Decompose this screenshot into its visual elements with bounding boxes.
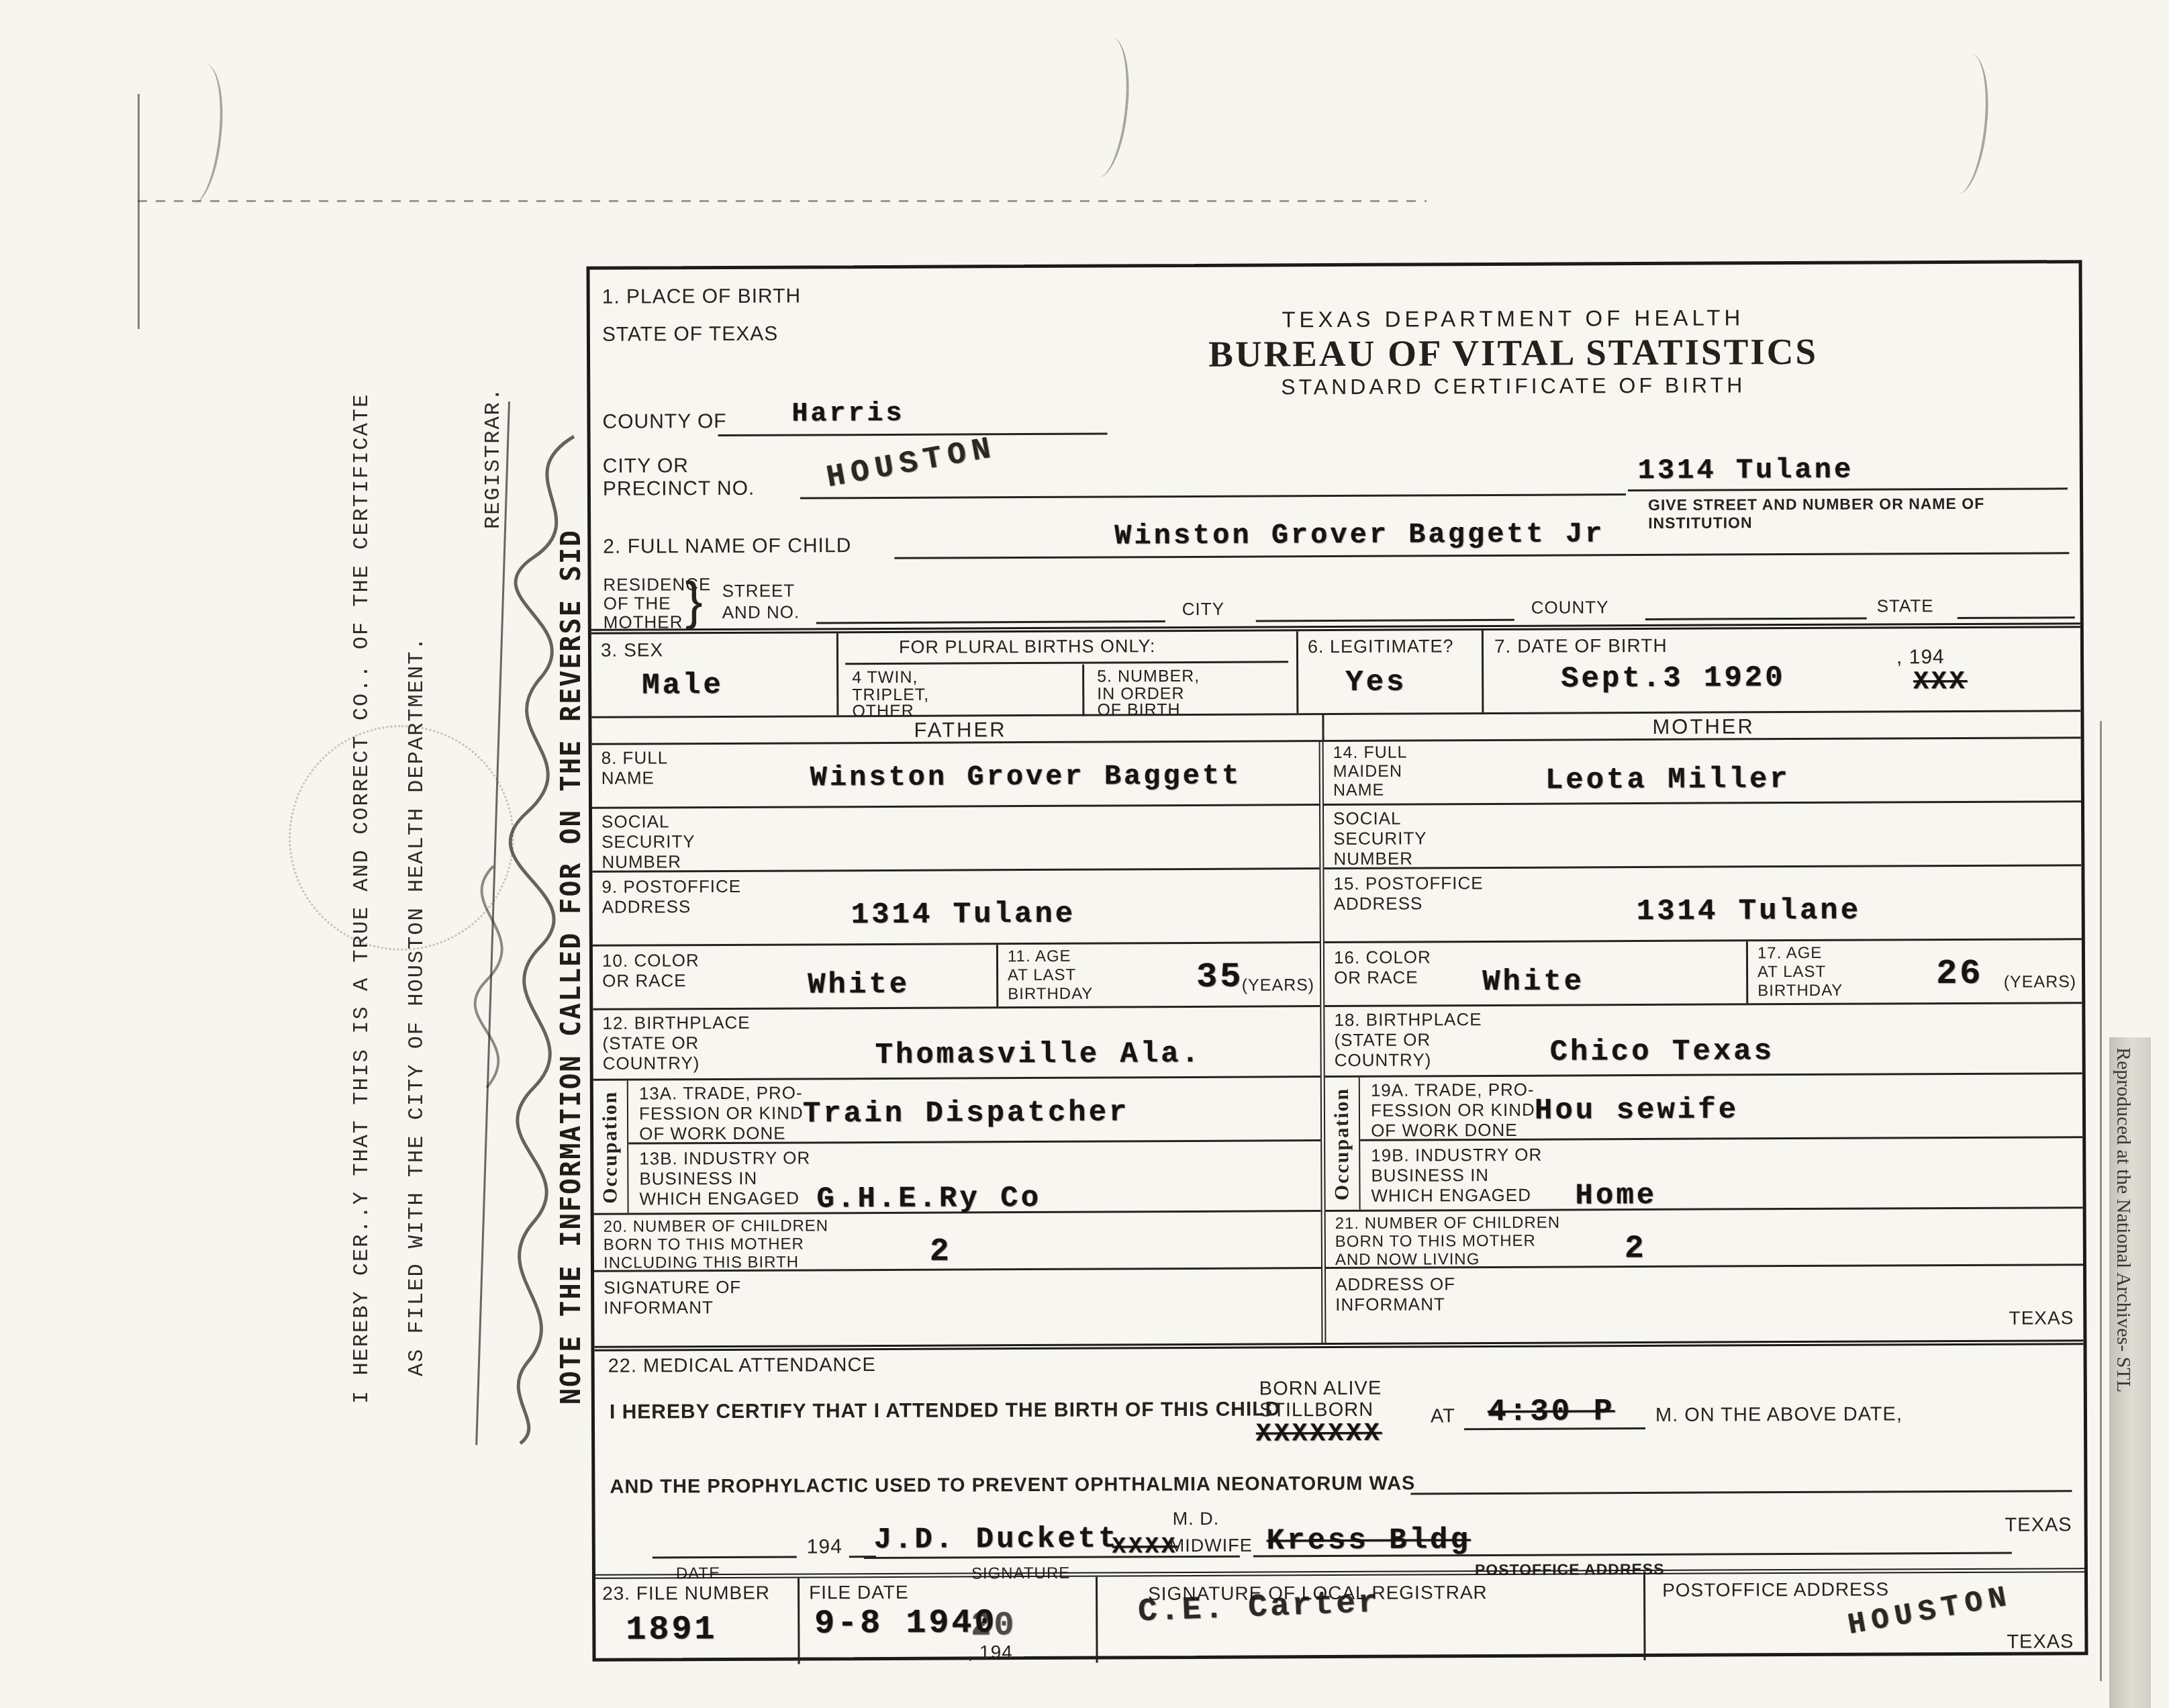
street-label: STREET bbox=[722, 581, 796, 602]
time-of-birth-value: 4:30 P bbox=[1488, 1394, 1615, 1429]
plural-births-cell: FOR PLURAL BIRTHS ONLY: 4 TWIN, TRIPLET,… bbox=[836, 631, 1297, 715]
mother-race-label-1: 16. COLOR bbox=[1334, 947, 1431, 967]
father-race-label-2: OR RACE bbox=[602, 970, 700, 991]
father-po-label-2: ADDRESS bbox=[602, 896, 742, 917]
father-birthplace-label-1: 12. BIRTHPLACE bbox=[602, 1012, 750, 1033]
plural-births-header: FOR PLURAL BIRTHS ONLY: bbox=[899, 636, 1156, 658]
legitimate-value: Yes bbox=[1345, 666, 1406, 700]
father-age-unit: (YEARS) bbox=[1242, 976, 1315, 995]
mother-name-label-3: NAME bbox=[1333, 781, 1408, 800]
child-name-row: 2. FULL NAME OF CHILD Winston Grover Bag… bbox=[591, 510, 2080, 571]
father-occupation-block: Occupation 13A. TRADE, PRO-FESSION OR KI… bbox=[593, 1078, 1321, 1215]
father-ssn-label-1: SOCIAL bbox=[601, 811, 695, 832]
father-name-label-1: 8. FULL bbox=[601, 747, 669, 767]
mother-race-age-cell: 16. COLOROR RACE White 17. AGEAT LASTBIR… bbox=[1324, 940, 2082, 1007]
father-trade-label-3: OF WORK DONE bbox=[639, 1123, 804, 1143]
mother-industry-label-2: BUSINESS IN bbox=[1371, 1165, 1542, 1186]
mother-trade-label-2: FESSION OR KIND bbox=[1371, 1100, 1535, 1121]
child-name-line bbox=[894, 552, 2069, 559]
father-name-value: Winston Grover Baggett bbox=[810, 760, 1242, 794]
county-row: COUNTY OF Harris bbox=[590, 396, 2079, 443]
midwife-label: MIDWIFE bbox=[1169, 1535, 1253, 1557]
street-number-value: 1314 Tulane bbox=[1638, 454, 1853, 487]
stillborn-option: STILLBORN bbox=[1259, 1399, 1373, 1422]
punch-hole bbox=[1075, 35, 1135, 180]
mother-age-subcell: 17. AGEAT LASTBIRTHDAY 26 (YEARS) bbox=[1746, 940, 2082, 1003]
registrar-po-label: POSTOFFICE ADDRESS bbox=[1662, 1578, 1889, 1601]
at-label: AT bbox=[1431, 1405, 1455, 1427]
father-industry-label-3: WHICH ENGAGED bbox=[639, 1188, 810, 1208]
mother-age-label-3: BIRTHDAY bbox=[1757, 982, 1843, 1001]
mother-industry-label-3: WHICH ENGAGED bbox=[1371, 1185, 1542, 1206]
mother-name-label-1: 14. FULL bbox=[1333, 743, 1408, 762]
mother-race-value: White bbox=[1482, 965, 1584, 999]
father-trade-label-1: 13A. TRADE, PRO- bbox=[639, 1082, 804, 1103]
file-date-printed-year: , 194 bbox=[967, 1642, 1012, 1663]
father-ssn-label-3: NUMBER bbox=[601, 851, 695, 872]
attendant-address-value: Kress Bldg bbox=[1267, 1523, 1471, 1558]
parents-block: 8. FULLNAME Winston Grover Baggett SOCIA… bbox=[592, 739, 2084, 1346]
father-header: FATHER bbox=[914, 718, 1006, 743]
medical-attendance-section: 22. MEDICAL ATTENDANCE I HEREBY CERTIFY … bbox=[594, 1339, 2084, 1574]
mother-children-label-1: 21. NUMBER OF CHILDREN bbox=[1335, 1214, 1561, 1233]
registrar-signature-cell: SIGNATURE OF LOCAL REGISTRAR C.E. Carter bbox=[1096, 1574, 1644, 1663]
file-date-label: FILE DATE bbox=[809, 1582, 909, 1604]
father-age-value: 35 bbox=[1196, 957, 1244, 997]
legitimate-label: 6. LEGITIMATE? bbox=[1308, 636, 1454, 657]
father-trade-label-2: FESSION OR KIND bbox=[639, 1102, 804, 1123]
place-of-birth-label: 1. PLACE OF BIRTH bbox=[602, 285, 802, 308]
residence-city-label: CITY bbox=[1182, 599, 1224, 620]
file-date-overstrike: 20 bbox=[971, 1607, 1016, 1645]
vitals-row: 3. SEX Male FOR PLURAL BIRTHS ONLY: 4 TW… bbox=[591, 628, 2081, 718]
mother-po-value: 1314 Tulane bbox=[1637, 894, 1862, 929]
archives-repro-note: Reproduced at the National Archives- STL bbox=[2112, 1047, 2135, 1652]
residence-brace: } bbox=[685, 570, 703, 631]
informant-texas-label: TEXAS bbox=[2009, 1307, 2074, 1329]
informant-signature-cell: SIGNATURE OFINFORMANT bbox=[594, 1269, 1321, 1346]
certificate-form: 1. PLACE OF BIRTH STATE OF TEXAS TEXAS D… bbox=[586, 260, 2088, 1662]
scanned-birth-certificate-page: I HEREBY CER..Y THAT THIS IS A TRUE AND … bbox=[0, 0, 2169, 1708]
plural-subdivider bbox=[1082, 665, 1084, 716]
father-trade-value: Train Dispatcher bbox=[803, 1096, 1130, 1131]
scan-artifact-line bbox=[138, 94, 140, 329]
father-industry-label-2: BUSINESS IN bbox=[639, 1168, 810, 1188]
residence-state-label: STATE bbox=[1877, 596, 1934, 616]
md-label: M. D. bbox=[1173, 1509, 1220, 1529]
mother-trade-value: Hou sewife bbox=[1535, 1093, 1739, 1127]
father-birthplace-cell: 12. BIRTHPLACE(STATE ORCOUNTRY) Thomasvi… bbox=[593, 1007, 1320, 1081]
residence-street-line bbox=[816, 620, 1165, 624]
parent-header-divider bbox=[1322, 715, 1324, 742]
mother-po-label-2: ADDRESS bbox=[1334, 893, 1484, 914]
registrar-po-cell: POSTOFFICE ADDRESS HOUSTON TEXAS bbox=[1643, 1572, 2085, 1660]
file-number-value: 1891 bbox=[626, 1611, 717, 1650]
county-value: Harris bbox=[791, 399, 904, 430]
sex-value: Male bbox=[642, 669, 724, 703]
child-name-value: Winston Grover Baggett Jr bbox=[1114, 518, 1604, 552]
mother-birthplace-value: Chico Texas bbox=[1549, 1035, 1774, 1069]
midwife-strikeout: XXXX bbox=[1112, 1534, 1178, 1560]
city-or-label: CITY OR bbox=[603, 455, 689, 478]
file-number-cell: 23. FILE NUMBER 1891 bbox=[595, 1578, 798, 1665]
residence-city-line bbox=[1256, 619, 1514, 622]
mother-children-cell: 21. NUMBER OF CHILDRENBORN TO THIS MOTHE… bbox=[1326, 1208, 2083, 1269]
attendant-signature-value: J.D. Duckett bbox=[874, 1522, 1119, 1557]
child-name-label: 2. FULL NAME OF CHILD bbox=[603, 534, 851, 559]
mother-po-label-1: 15. POSTOFFICE bbox=[1333, 873, 1483, 894]
bureau-title: BUREAU OF VITAL STATISTICS bbox=[966, 329, 2060, 376]
plural-header-rule bbox=[845, 661, 1288, 665]
father-children-cell: 20. NUMBER OF CHILDRENBORN TO THIS MOTHE… bbox=[594, 1212, 1321, 1272]
date-of-birth-value: Sept.3 1920 bbox=[1561, 661, 1786, 696]
father-birthplace-label-2: (STATE OR bbox=[602, 1033, 750, 1053]
father-postoffice-cell: 9. POSTOFFICEADDRESS 1314 Tulane bbox=[592, 869, 1319, 947]
mother-industry-cell: 19B. INDUSTRY ORBUSINESS INWHICH ENGAGED… bbox=[1360, 1138, 2082, 1210]
mother-race-subcell: 16. COLOROR RACE White bbox=[1324, 941, 1746, 1005]
page-fold-line bbox=[2100, 721, 2102, 1681]
mother-ssn-label-1: SOCIAL bbox=[1333, 808, 1427, 828]
informant-address-label-1: ADDRESS OF bbox=[1335, 1274, 1455, 1294]
informant-signature-label-1: SIGNATURE OF bbox=[604, 1277, 741, 1298]
city-precinct-row: CITY OR PRECINCT NO. HOUSTON 1314 Tulane… bbox=[591, 436, 2080, 517]
residence-row: RESIDENCE OF THE MOTHER } STREET AND NO.… bbox=[591, 564, 2080, 634]
prophylactic-text: AND THE PROPHYLACTIC USED TO PREVENT OPH… bbox=[610, 1472, 1415, 1498]
residence-label-2: OF THE bbox=[604, 593, 671, 614]
mother-ssn-label-3: NUMBER bbox=[1333, 848, 1427, 869]
dob-strikeout: XXX bbox=[1913, 667, 1968, 696]
street-blank-line bbox=[1628, 487, 2068, 491]
mother-children-value: 2 bbox=[1625, 1231, 1647, 1267]
father-name-label-2: NAME bbox=[601, 767, 669, 788]
mother-header: MOTHER bbox=[1652, 714, 1754, 739]
medical-texas-label: TEXAS bbox=[2005, 1514, 2072, 1536]
legitimate-cell: 6. LEGITIMATE? Yes bbox=[1296, 630, 1482, 713]
father-trade-cell: 13A. TRADE, PRO-FESSION OR KINDOF WORK D… bbox=[628, 1078, 1320, 1144]
street-and-no-label: AND NO. bbox=[722, 602, 800, 623]
father-column: 8. FULLNAME Winston Grover Baggett SOCIA… bbox=[592, 742, 1327, 1346]
sex-label: 3. SEX bbox=[601, 639, 663, 661]
informant-address-label-2: INFORMANT bbox=[1335, 1294, 1455, 1315]
certify-attended-text: I HEREBY CERTIFY THAT I ATTENDED THE BIR… bbox=[610, 1398, 1280, 1423]
dob-printed-year: , 194 bbox=[1896, 646, 1945, 669]
scan-artifact-line bbox=[138, 200, 1427, 202]
mother-age-value: 26 bbox=[1936, 954, 1984, 994]
punch-hole bbox=[1934, 52, 1994, 197]
residence-county-line bbox=[1645, 618, 1867, 620]
county-blank-line bbox=[718, 432, 1108, 436]
medical-attendance-label: 22. MEDICAL ATTENDANCE bbox=[608, 1354, 876, 1378]
filing-texas-label: TEXAS bbox=[2007, 1631, 2074, 1653]
mother-industry-label-1: 19B. INDUSTRY OR bbox=[1371, 1145, 1542, 1166]
father-children-label-1: 20. NUMBER OF CHILDREN bbox=[604, 1217, 829, 1235]
mother-birthplace-label-2: (STATE OR bbox=[1334, 1029, 1482, 1050]
father-race-age-cell: 10. COLOROR RACE White 11. AGEAT LASTBIR… bbox=[593, 943, 1320, 1010]
punch-hole bbox=[168, 62, 229, 207]
father-children-value: 2 bbox=[930, 1234, 952, 1270]
born-alive-option: BORN ALIVE bbox=[1259, 1378, 1382, 1401]
father-birthplace-label-3: COUNTRY) bbox=[603, 1053, 751, 1074]
attendant-date-line bbox=[653, 1556, 797, 1559]
mother-ssn-label-2: SECURITY bbox=[1333, 828, 1427, 849]
mother-age-unit: (YEARS) bbox=[2004, 972, 2077, 992]
father-industry-label-1: 13B. INDUSTRY OR bbox=[639, 1147, 810, 1168]
informant-address-cell: ADDRESS OFINFORMANT TEXAS bbox=[1326, 1266, 2083, 1343]
sex-cell: 3. SEX Male bbox=[591, 633, 837, 716]
mother-trade-label-3: OF WORK DONE bbox=[1371, 1120, 1535, 1141]
father-name-cell: 8. FULLNAME Winston Grover Baggett bbox=[592, 742, 1319, 809]
stillborn-strikeout: XXXXXXX bbox=[1256, 1419, 1382, 1449]
father-race-label-1: 10. COLOR bbox=[602, 950, 700, 971]
mother-occupation-strip: Occupation bbox=[1325, 1078, 1361, 1210]
county-label: COUNTY OF bbox=[602, 410, 726, 434]
father-race-subcell: 10. COLOROR RACE White bbox=[593, 945, 996, 1008]
father-industry-cell: 13B. INDUSTRY ORBUSINESS INWHICH ENGAGED… bbox=[628, 1141, 1320, 1213]
mother-postoffice-cell: 15. POSTOFFICEADDRESS 1314 Tulane bbox=[1324, 866, 2081, 943]
city-blank-line bbox=[800, 493, 1626, 499]
file-number-label: 23. FILE NUMBER bbox=[602, 1582, 770, 1605]
father-occupation-strip: Occupation bbox=[593, 1081, 629, 1213]
mother-name-value: Leota Miller bbox=[1545, 763, 1790, 798]
form-title-block: TEXAS DEPARTMENT OF HEALTH BUREAU OF VIT… bbox=[966, 303, 2061, 401]
father-age-subcell: 11. AGEAT LASTBIRTHDAY 35 (YEARS) bbox=[996, 943, 1320, 1006]
mother-ssn-cell: SOCIALSECURITYNUMBER bbox=[1324, 802, 2081, 869]
mother-trade-cell: 19A. TRADE, PRO-FESSION OR KINDOF WORK D… bbox=[1360, 1074, 2082, 1141]
mother-age-label-1: 17. AGE bbox=[1757, 944, 1843, 963]
mother-birthplace-label-1: 18. BIRTHPLACE bbox=[1334, 1009, 1482, 1030]
twin-label-1: 4 TWIN, bbox=[852, 668, 918, 687]
father-age-label-1: 11. AGE bbox=[1008, 947, 1093, 967]
residence-county-label: COUNTY bbox=[1531, 597, 1609, 618]
father-ssn-cell: SOCIALSECURITYNUMBER bbox=[592, 806, 1319, 873]
mother-column: 14. FULLMAIDENNAME Leota Miller SOCIALSE… bbox=[1324, 739, 2084, 1343]
father-ssn-label-2: SECURITY bbox=[601, 831, 695, 852]
mother-occupation-vertical-label: Occupation bbox=[1331, 1087, 1354, 1200]
informant-signature-label-2: INFORMANT bbox=[604, 1297, 741, 1318]
prophylactic-blank-line bbox=[1410, 1490, 2072, 1494]
attendant-printed-year: 194 bbox=[807, 1535, 842, 1558]
state-of-texas-label: STATE OF TEXAS bbox=[602, 323, 779, 346]
filing-row: 23. FILE NUMBER 1891 FILE DATE 9-8 1940 … bbox=[595, 1568, 2085, 1665]
mother-name-label-2: MAIDEN bbox=[1333, 762, 1408, 781]
mother-race-label-2: OR RACE bbox=[1334, 967, 1431, 988]
precinct-no-label: PRECINCT NO. bbox=[603, 477, 755, 501]
form-header-row: 1. PLACE OF BIRTH STATE OF TEXAS TEXAS D… bbox=[589, 263, 2079, 403]
date-of-birth-label: 7. DATE OF BIRTH bbox=[1494, 635, 1668, 657]
father-industry-value: G.H.E.Ry Co bbox=[816, 1182, 1041, 1216]
mother-occupation-block: Occupation 19A. TRADE, PRO-FESSION OR KI… bbox=[1325, 1074, 2083, 1212]
file-date-value: 9-8 1940 bbox=[814, 1604, 997, 1643]
father-po-value: 1314 Tulane bbox=[851, 898, 1076, 932]
mother-name-cell: 14. FULLMAIDENNAME Leota Miller bbox=[1324, 739, 2081, 806]
father-po-label-1: 9. POSTOFFICE bbox=[601, 876, 741, 897]
mother-birthplace-cell: 18. BIRTHPLACE(STATE ORCOUNTRY) Chico Te… bbox=[1324, 1004, 2082, 1078]
father-children-label-3: INCLUDING THIS BIRTH bbox=[604, 1253, 829, 1272]
father-birthplace-value: Thomasville Ala. bbox=[875, 1037, 1202, 1072]
mother-age-label-2: AT LAST bbox=[1757, 963, 1843, 982]
mother-children-label-2: BORN TO THIS MOTHER bbox=[1335, 1232, 1561, 1251]
mother-trade-label-1: 19A. TRADE, PRO- bbox=[1371, 1080, 1535, 1100]
date-of-birth-cell: 7. DATE OF BIRTH Sept.3 1920 , 194 XXX bbox=[1482, 628, 2081, 712]
mother-children-label-3: AND NOW LIVING bbox=[1335, 1250, 1561, 1269]
mother-industry-value: Home bbox=[1575, 1179, 1657, 1213]
father-occupation-vertical-label: Occupation bbox=[599, 1090, 622, 1204]
father-age-label-2: AT LAST bbox=[1008, 966, 1093, 986]
mother-birthplace-label-3: COUNTRY) bbox=[1335, 1049, 1482, 1070]
residence-label-3: MOTHER bbox=[604, 612, 683, 633]
file-date-cell: FILE DATE 9-8 1940 20 , 194 bbox=[798, 1577, 1096, 1664]
father-age-label-3: BIRTHDAY bbox=[1008, 985, 1093, 1004]
father-race-value: White bbox=[808, 968, 910, 1002]
on-above-date-label: M. ON THE ABOVE DATE, bbox=[1655, 1403, 1902, 1427]
residence-state-line bbox=[1958, 616, 2075, 619]
father-children-label-2: BORN TO THIS MOTHER bbox=[604, 1235, 829, 1253]
